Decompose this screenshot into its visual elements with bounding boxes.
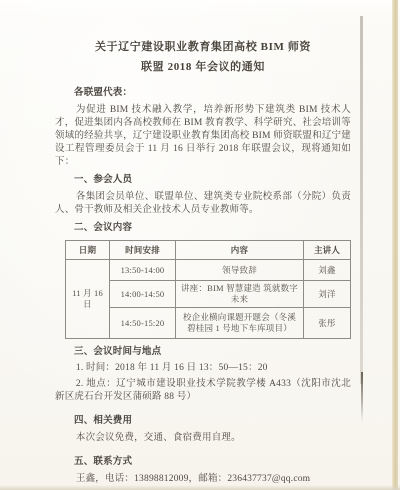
scan-right-stripe	[392, 0, 398, 490]
scanned-notice-page: 关于辽宁建设职业教育集团高校 BIM 师资 联盟 2018 年会议的通知 各联盟…	[0, 0, 400, 490]
section2-heading: 二、会议内容	[74, 222, 351, 235]
meeting-schedule-table: 日期 时间安排 内容 主讲人 11 月 16 日 13:50-14:00 领导致…	[65, 240, 351, 339]
cell-speaker: 刘鑫	[304, 260, 351, 281]
cell-time: 14:50-15:20	[110, 308, 176, 339]
section4-body: 本次会议免费，交通、食宿费用自理。	[55, 432, 351, 445]
section3-location-item: 2. 地点：辽宁城市建设职业技术学院教学楼 A433（沈阳市沈北新区虎石台开发区…	[55, 378, 351, 404]
section1-body: 各集团会员单位、联盟单位、建筑类专业院校系部（分院）负责人、骨干教师及相关企业技…	[55, 191, 351, 217]
header-speaker: 主讲人	[304, 241, 351, 260]
section1-heading: 一、参会人员	[74, 174, 351, 187]
section3-heading: 三、会议时间与地点	[74, 346, 351, 359]
cell-speaker: 张彤	[304, 308, 351, 339]
header-content: 内容	[176, 241, 304, 260]
scan-top-light	[0, 0, 400, 15]
cell-content: 校企业横向课题开题会（冬溪碧桂园 1 号地下车库项目）	[176, 308, 304, 339]
page-edge-shadow	[360, 16, 363, 384]
cell-time: 14:00-14:50	[110, 281, 176, 308]
notice-title-line2: 联盟 2018 年会议的通知	[55, 60, 351, 74]
header-date: 日期	[66, 241, 110, 260]
section5-body: 王鑫，电话：13898812009，邮箱：236437737@qq.com	[55, 473, 351, 486]
table-header-row: 日期 时间安排 内容 主讲人	[66, 241, 351, 260]
page-fold-mark	[361, 372, 363, 422]
cell-content: 讲座：BIM 智慧建造 筑就数字未来	[176, 281, 304, 308]
spacer	[55, 445, 351, 451]
spacer	[55, 404, 351, 410]
section4-heading: 四、相关费用	[74, 415, 351, 428]
section5-heading: 五、联系方式	[74, 456, 351, 469]
cell-time: 13:50-14:00	[110, 260, 176, 281]
cell-speaker: 刘洋	[304, 281, 351, 308]
document-body: 关于辽宁建设职业教育集团高校 BIM 师资 联盟 2018 年会议的通知 各联盟…	[55, 40, 351, 486]
salutation: 各联盟代表：	[74, 87, 351, 100]
table-row: 11 月 16 日 13:50-14:00 领导致辞 刘鑫	[66, 260, 351, 281]
intro-paragraph: 为促进 BIM 技术融入教学，培养新形势下建筑类 BIM 技术人才，促进集团内各…	[55, 104, 351, 169]
cell-date: 11 月 16 日	[66, 260, 110, 339]
section3-time-item: 1. 时间：2018 年 11 月 16 日 13：50—15：20	[55, 362, 351, 375]
header-time: 时间安排	[110, 241, 176, 260]
cell-content: 领导致辞	[176, 260, 304, 281]
notice-title-line1: 关于辽宁建设职业教育集团高校 BIM 师资	[55, 40, 351, 54]
